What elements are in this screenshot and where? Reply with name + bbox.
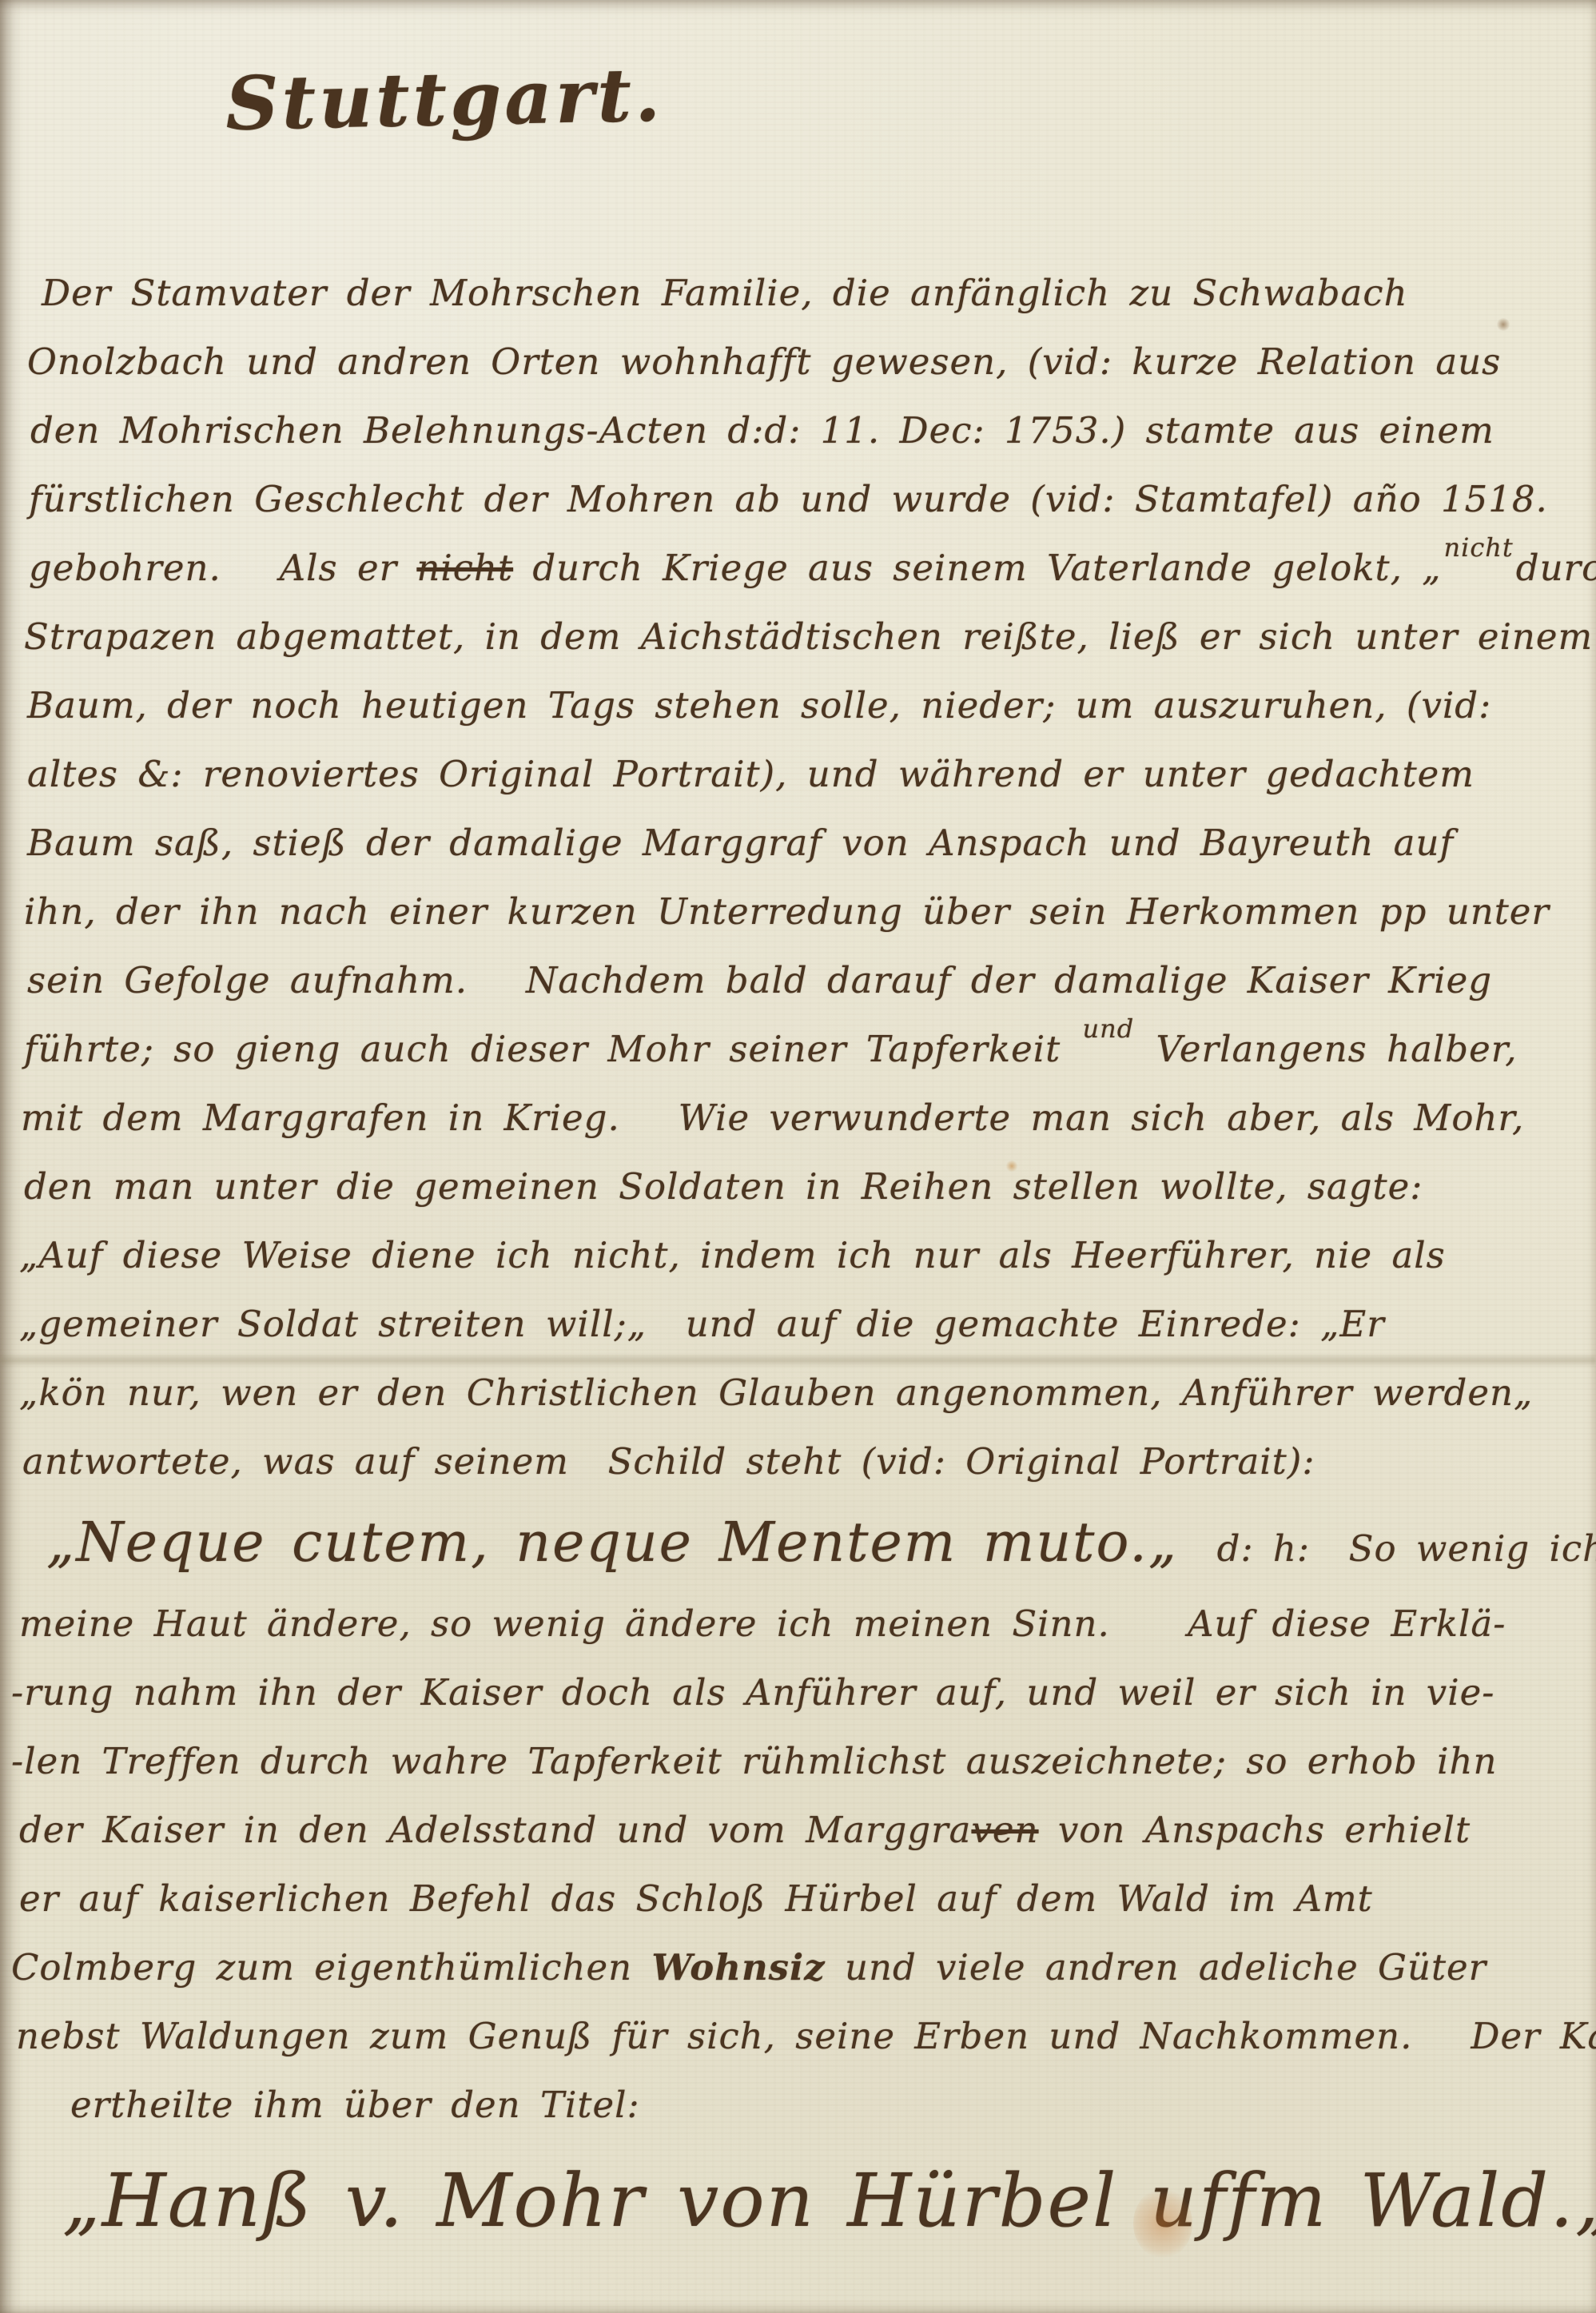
line-segment: nicht: [416, 547, 513, 589]
manuscript-line-21: -rung nahm ihn der Kaiser doch als Anfüh…: [0, 1658, 1596, 1727]
line-segment: Baum saß, stieß der damalige Marggraf vo…: [27, 822, 1454, 864]
manuscript-line-4: fürstlichen Geschlecht der Mohren ab und…: [0, 465, 1596, 534]
line-segment: ertheilte ihm über den Titel:: [70, 2084, 640, 2126]
line-segment: „Neque cutem, neque Mentem muto.„: [46, 1511, 1178, 1575]
manuscript-line-12: führte; so gieng auch dieser Mohr seiner…: [0, 1015, 1596, 1084]
line-segment: altes &: renoviertes Original Portrait),…: [27, 753, 1475, 795]
line-segment: der Kaiser in den Adelsstand und vom Mar…: [19, 1809, 971, 1851]
manuscript-line-6: Strapazen abgemattet, in dem Aichstädtis…: [0, 603, 1596, 671]
line-segment: von Anspachs erhielt: [1039, 1809, 1471, 1851]
rust-speck: [1005, 1160, 1018, 1172]
line-segment: ven: [971, 1809, 1038, 1851]
manuscript-line-24: er auf kaiserlichen Befehl das Schloß Hü…: [0, 1865, 1596, 1933]
fold-crease: [0, 1354, 1596, 1367]
document-title: Stuttgart.: [225, 32, 1596, 147]
line-segment: antwortete, was auf seinem Schild steht …: [22, 1440, 1315, 1483]
rust-stain: [1133, 2188, 1192, 2259]
line-segment: nebst Waldungen zum Genuß für sich, sein…: [16, 2015, 1596, 2057]
manuscript-line-15: „Auf diese Weise diene ich nicht, indem …: [0, 1221, 1596, 1290]
ink-speck: [1496, 318, 1510, 331]
manuscript-body: Der Stamvater der Mohrschen Familie, die…: [0, 259, 1596, 2248]
manuscript-line-8: altes &: renoviertes Original Portrait),…: [0, 740, 1596, 809]
manuscript-line-7: Baum, der noch heutigen Tags stehen soll…: [0, 671, 1596, 740]
manuscript-page: Stuttgart. Der Stamvater der Mohrschen F…: [0, 0, 1596, 2313]
line-segment: durch Kriege aus seinem Vaterlande gelok…: [513, 547, 1441, 589]
line-segment: Der Stamvater der Mohrschen Familie, die…: [42, 272, 1408, 314]
line-segment: -rung nahm ihn der Kaiser doch als Anfüh…: [11, 1671, 1495, 1714]
line-segment: sein Gefolge aufnahm. Nachdem bald darau…: [27, 959, 1492, 1001]
manuscript-line-3: den Mohrischen Belehnungs-Acten d:d: 11.…: [0, 396, 1596, 465]
manuscript-line-23: der Kaiser in den Adelsstand und vom Mar…: [0, 1796, 1596, 1865]
line-segment: führte; so gieng auch dieser Mohr seiner…: [24, 1028, 1081, 1070]
manuscript-line-20: meine Haut ändere, so wenig ändere ich m…: [0, 1590, 1596, 1658]
line-segment: ihn, der ihn nach einer kurzen Unterredu…: [24, 890, 1550, 933]
line-segment: „Auf diese Weise diene ich nicht, indem …: [19, 1234, 1446, 1276]
line-segment: Strapazen abgemattet, in dem Aichstädtis…: [24, 615, 1593, 658]
line-segment: „gemeiner Soldat streiten will;„ und auf…: [19, 1303, 1385, 1345]
line-segment: -len Treffen durch wahre Tapferkeit rühm…: [11, 1740, 1497, 1782]
line-segment: Wohnsiz: [651, 1946, 825, 1989]
line-segment: Colmberg zum eigenthümlichen: [11, 1946, 651, 1989]
manuscript-line-14: den man unter die gemeinen Soldaten in R…: [0, 1153, 1596, 1221]
line-segment: fürstlichen Geschlecht der Mohren ab und…: [29, 478, 1548, 520]
manuscript-line-16: „gemeiner Soldat streiten will;„ und auf…: [0, 1290, 1596, 1359]
line-segment: gebohren. Als er: [29, 547, 416, 589]
line-segment: den man unter die gemeinen Soldaten in R…: [24, 1165, 1423, 1208]
line-segment: er auf kaiserlichen Befehl das Schloß Hü…: [19, 1877, 1373, 1920]
manuscript-line-9: Baum saß, stieß der damalige Marggraf vo…: [0, 809, 1596, 878]
line-segment: d: h: So wenig ich: [1178, 1527, 1596, 1570]
manuscript-line-11: sein Gefolge aufnahm. Nachdem bald darau…: [0, 946, 1596, 1015]
manuscript-line-5: gebohren. Als er nicht durch Kriege aus …: [0, 534, 1596, 603]
line-segment: „kön nur, wen er den Christlichen Glaube…: [19, 1371, 1533, 1414]
manuscript-line-2: Onolzbach und andren Orten wohnhafft gew…: [0, 328, 1596, 396]
manuscript-line-27: ertheilte ihm über den Titel:: [0, 2071, 1596, 2140]
latin-motto-line: „Neque cutem, neque Mentem muto.„ d: h: …: [0, 1509, 1596, 1583]
line-segment: den Mohrischen Belehnungs-Acten d:d: 11.…: [30, 409, 1495, 452]
line-segment: durch: [1516, 547, 1596, 589]
manuscript-line-22: -len Treffen durch wahre Tapferkeit rühm…: [0, 1727, 1596, 1796]
line-segment: Verlangens halber,: [1136, 1028, 1517, 1070]
line-segment: mit dem Marggrafen in Krieg. Wie verwund…: [21, 1097, 1524, 1139]
manuscript-line-13: mit dem Marggrafen in Krieg. Wie verwund…: [0, 1084, 1596, 1153]
manuscript-line-18: antwortete, was auf seinem Schild steht …: [0, 1427, 1596, 1496]
title-grant-line: „Hanß v. Mohr von Hürbel uffm Wald.„ (at…: [0, 2167, 1596, 2248]
manuscript-line-1: Der Stamvater der Mohrschen Familie, die…: [0, 259, 1596, 328]
manuscript-line-25: Colmberg zum eigenthümlichen Wohnsiz und…: [0, 1933, 1596, 2002]
line-segment: meine Haut ändere, so wenig ändere ich m…: [19, 1602, 1506, 1645]
line-segment: Onolzbach und andren Orten wohnhafft gew…: [27, 340, 1501, 383]
manuscript-line-17: „kön nur, wen er den Christlichen Glaube…: [0, 1359, 1596, 1427]
line-segment: und viele andren adeliche Güter: [826, 1946, 1487, 1989]
manuscript-line-10: ihn, der ihn nach einer kurzen Unterredu…: [0, 878, 1596, 946]
manuscript-line-26: nebst Waldungen zum Genuß für sich, sein…: [0, 2002, 1596, 2071]
line-segment: „Hanß v. Mohr von Hürbel uffm Wald.„: [62, 2158, 1596, 2243]
line-segment: Baum, der noch heutigen Tags stehen soll…: [27, 684, 1491, 727]
